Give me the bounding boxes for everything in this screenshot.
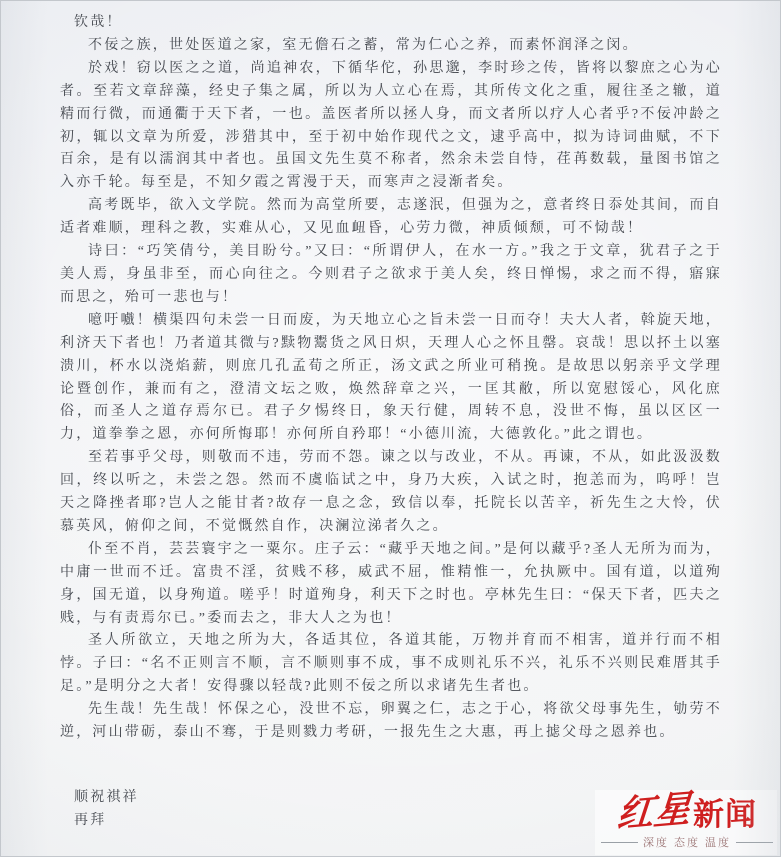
letter-paragraph: 噫吁嚱！横渠四句未尝一日而废，为天地立心之旨未尝一日而夺！夫大人者，斡旋天地，利… — [60, 310, 722, 447]
redstar-news-watermark: 红星 新闻 深度 态度 温度 — [595, 790, 777, 855]
letter-paragraph: 於戏！窃以医之之道，尚追神农，下循华佗，孙思邈，李时珍之传，皆将以黎庶之心为心者… — [60, 58, 722, 195]
redstar-news-logo: 红星 新闻 — [601, 793, 773, 830]
letter-paragraph: 高考既毕，欲入文学院。然而为高堂所要，志遂泯，但强为之，意者终日忝处其间，而自适… — [60, 195, 722, 241]
letter-salutation: 钦哉！ — [60, 12, 722, 35]
logo-tagline: 深度 态度 温度 — [643, 834, 731, 850]
letter-paragraph: 不佞之族，世处医道之家，室无儋石之蓄，常为仁心之养，而素怀润泽之闵。 — [60, 35, 722, 58]
logo-tagline-row: 深度 态度 温度 — [601, 834, 773, 850]
letter-paragraph: 仆至不肖，芸芸寰宇之一粟尔。庄子云：“藏乎天地之间。”是何以藏乎?圣人无所为而为… — [60, 539, 722, 631]
letter-paragraph: 圣人所欲立，天地之所为大，各适其位，各道其能，万物并育而不相害，道并行而不相悖。… — [60, 630, 722, 699]
tagline-rule-left-icon — [601, 842, 638, 843]
tagline-rule-right-icon — [736, 842, 773, 843]
letter-paragraph: 至若事乎父母，则敬而不违，劳而不怨。谏之以与改业，不从。再谏，不从，如此汲汲数回… — [60, 447, 722, 539]
brand-bold-text: 新闻 — [693, 799, 757, 830]
letter-photo: 钦哉！ 不佞之族，世处医道之家，室无儋石之蓄，常为仁心之养，而素怀润泽之闵。 於… — [0, 0, 781, 857]
letter-paragraph: 诗曰：“巧笑倩兮，美目盼兮。”又曰：“所谓伊人，在水一方。”我之于文章，犹君子之… — [60, 241, 722, 310]
letter-paragraph: 先生哉！先生哉！怀保之心，没世不忘，卵翼之仁，志之于心，将欲父母事先生，劬劳不逆… — [60, 699, 722, 745]
brand-script-text: 红星 — [616, 790, 693, 834]
letter-body: 钦哉！ 不佞之族，世处医道之家，室无儋石之蓄，常为仁心之养，而素怀润泽之闵。 於… — [60, 12, 722, 833]
